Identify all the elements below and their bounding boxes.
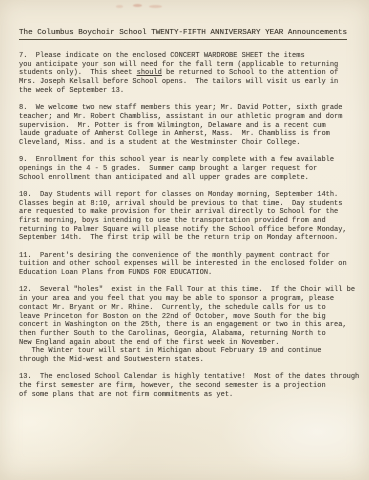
document-content: The Columbus Boychoir School TWENTY-FIFT… [0, 0, 369, 408]
text-line: through the Mid-west and Soutwestern sta… [19, 356, 360, 365]
text-line: School enrollment than anticipated and a… [19, 174, 360, 183]
text-line: 13. The enclosed School Calendar is high… [19, 373, 360, 382]
paragraph-list: 7. Please indicate on the enclosed CONCE… [19, 52, 360, 399]
text-line: the week of September 13. [19, 87, 360, 96]
text-line: students only). This sheet should be ret… [19, 69, 360, 78]
paragraph-13: 13. The enclosed School Calendar is high… [19, 373, 360, 399]
text-line: Cleveland, Miss. and is a student at the… [19, 139, 360, 148]
text-line: 7. Please indicate on the enclosed CONCE… [19, 52, 360, 61]
text-line: the first semester are firm, however, th… [19, 382, 360, 391]
paragraph-9: 9. Enrollment for this school year is ne… [19, 156, 360, 182]
text-line: are requested to make provision for thei… [19, 208, 360, 217]
text-line: 8. We welcome two new staff members this… [19, 104, 360, 113]
paragraph-12: 12. Several "holes" exist in the Fall To… [19, 286, 360, 364]
text-line: leave Princeton for Boston on the 22nd o… [19, 313, 360, 322]
text-line: September 14th. The first trip will be t… [19, 234, 360, 243]
text-line: 12. Several "holes" exist in the Fall To… [19, 286, 360, 295]
text-line: laude graduate of Amherst College in Amh… [19, 130, 360, 139]
text-line: supervision. Mr. Potter is from Wilmingt… [19, 122, 360, 131]
paragraph-11: 11. Parent's desiring the convenience of… [19, 252, 360, 278]
text-line: of some plans that are not firm commitme… [19, 391, 360, 400]
text-line: Mrs. Joseph Kelsall before School opens.… [19, 78, 360, 87]
text-line: Education Loan Plans from FUNDS FOR EDUC… [19, 269, 360, 278]
text-line: then further South to the Carolinas, Geo… [19, 330, 360, 339]
paragraph-8: 8. We welcome two new staff members this… [19, 104, 360, 148]
text-line: first morning, boys intending to use the… [19, 217, 360, 226]
text-line: The Winter tour will start in Michigan a… [19, 347, 360, 356]
text-line: openings in the 4 - 5 grades. Summer cam… [19, 165, 360, 174]
text-line: 10. Day Students will report for classes… [19, 191, 360, 200]
text-line: 9. Enrollment for this school year is ne… [19, 156, 360, 165]
text-line: contact Mr. Bryant or Mr. Rhine. Current… [19, 304, 360, 313]
text-line: in your area and you feel that you may b… [19, 295, 360, 304]
document-page: The Columbus Boychoir School TWENTY-FIFT… [0, 0, 369, 480]
text-line: tuition and other school expenses will b… [19, 260, 360, 269]
text-line: concert in Washington on the 25th, there… [19, 321, 360, 330]
document-title: The Columbus Boychoir School TWENTY-FIFT… [19, 29, 347, 40]
text-line: teacher; and Mr. Robert Chambliss, assis… [19, 113, 360, 122]
paragraph-10: 10. Day Students will report for classes… [19, 191, 360, 243]
paragraph-7: 7. Please indicate on the enclosed CONCE… [19, 52, 360, 96]
